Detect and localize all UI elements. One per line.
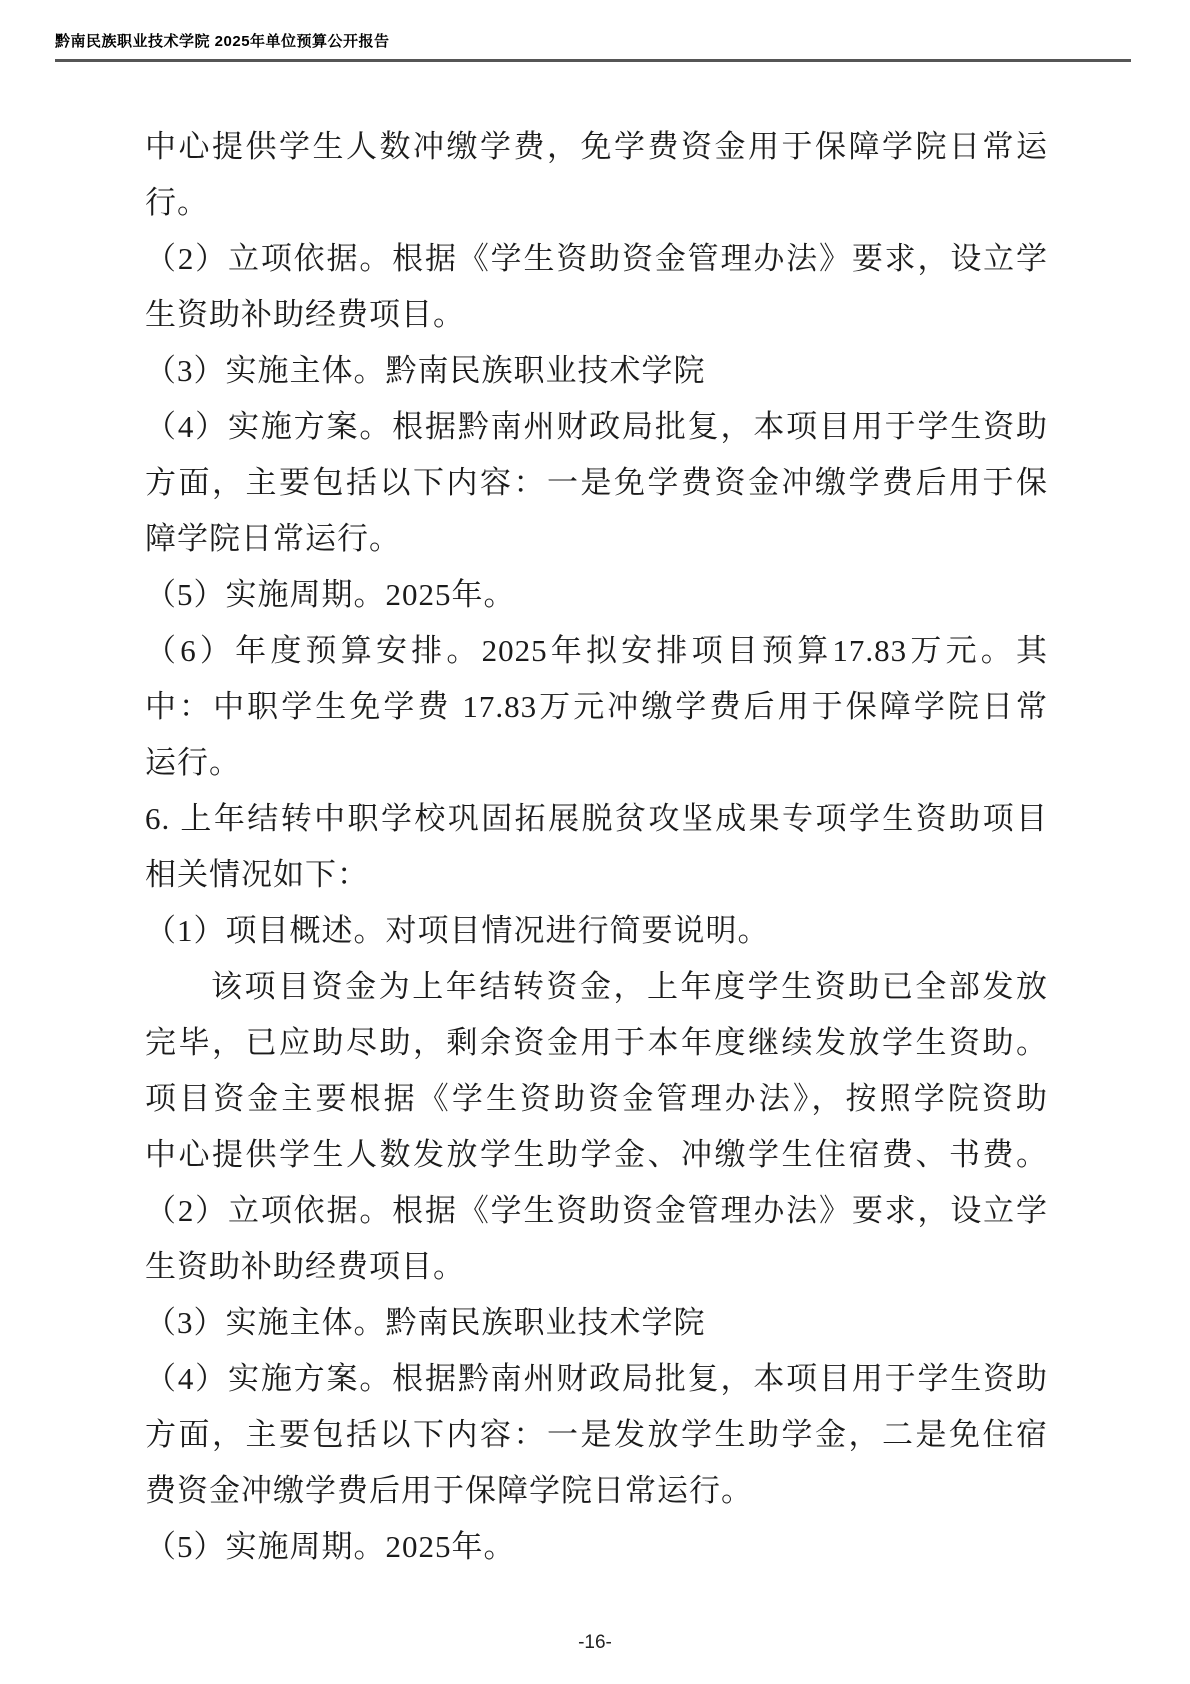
text-line: （4）实施方案。根据黔南州财政局批复，本项目用于学生资助 <box>145 399 1048 455</box>
text-line: （2）立项依据。根据《学生资助资金管理办法》要求，设立学 <box>145 1183 1048 1239</box>
text-line: 费资金冲缴学费后用于保障学院日常运行。 <box>145 1463 1048 1519</box>
page-footer: -16- <box>0 1632 1190 1654</box>
text-line: 障学院日常运行。 <box>145 511 1048 567</box>
text-line: （5）实施周期。2025年。 <box>145 1519 1048 1575</box>
text-line: 方面，主要包括以下内容：一是发放学生助学金，二是免住宿 <box>145 1407 1048 1463</box>
text-line: 项目资金主要根据《学生资助资金管理办法》，按照学院资助 <box>145 1071 1048 1127</box>
document-body: 中心提供学生人数冲缴学费，免学费资金用于保障学院日常运行。（2）立项依据。根据《… <box>145 119 1048 1575</box>
text-line: 中心提供学生人数冲缴学费，免学费资金用于保障学院日常运 <box>145 119 1048 175</box>
text-line: （3）实施主体。黔南民族职业技术学院 <box>145 343 1048 399</box>
text-line: （2）立项依据。根据《学生资助资金管理办法》要求，设立学 <box>145 231 1048 287</box>
document-page: 黔南民族职业技术学院 2025年单位预算公开报告 中心提供学生人数冲缴学费，免学… <box>0 0 1190 1684</box>
text-line: （6）年度预算安排。2025年拟安排项目预算17.83万元。其 <box>145 623 1048 679</box>
text-line: 该项目资金为上年结转资金，上年度学生资助已全部发放 <box>145 959 1048 1015</box>
text-line: 方面，主要包括以下内容：一是免学费资金冲缴学费后用于保 <box>145 455 1048 511</box>
text-line: （3）实施主体。黔南民族职业技术学院 <box>145 1295 1048 1351</box>
text-line: 中心提供学生人数发放学生助学金、冲缴学生住宿费、书费。 <box>145 1127 1048 1183</box>
header-title: 黔南民族职业技术学院 2025年单位预算公开报告 <box>55 30 390 51</box>
page-number: -16- <box>578 1632 612 1654</box>
text-line: 6. 上年结转中职学校巩固拓展脱贫攻坚成果专项学生资助项目 <box>145 791 1048 847</box>
text-line: 中：中职学生免学费 17.83万元冲缴学费后用于保障学院日常 <box>145 679 1048 735</box>
text-line: 运行。 <box>145 735 1048 791</box>
text-line: 生资助补助经费项目。 <box>145 1239 1048 1295</box>
header-rule <box>55 59 1131 62</box>
text-line: （5）实施周期。2025年。 <box>145 567 1048 623</box>
text-line: 生资助补助经费项目。 <box>145 287 1048 343</box>
text-line: 完毕，已应助尽助，剩余资金用于本年度继续发放学生资助。 <box>145 1015 1048 1071</box>
text-line: （1）项目概述。对项目情况进行简要说明。 <box>145 903 1048 959</box>
text-line: 行。 <box>145 175 1048 231</box>
text-line: （4）实施方案。根据黔南州财政局批复，本项目用于学生资助 <box>145 1351 1048 1407</box>
text-line: 相关情况如下： <box>145 847 1048 903</box>
